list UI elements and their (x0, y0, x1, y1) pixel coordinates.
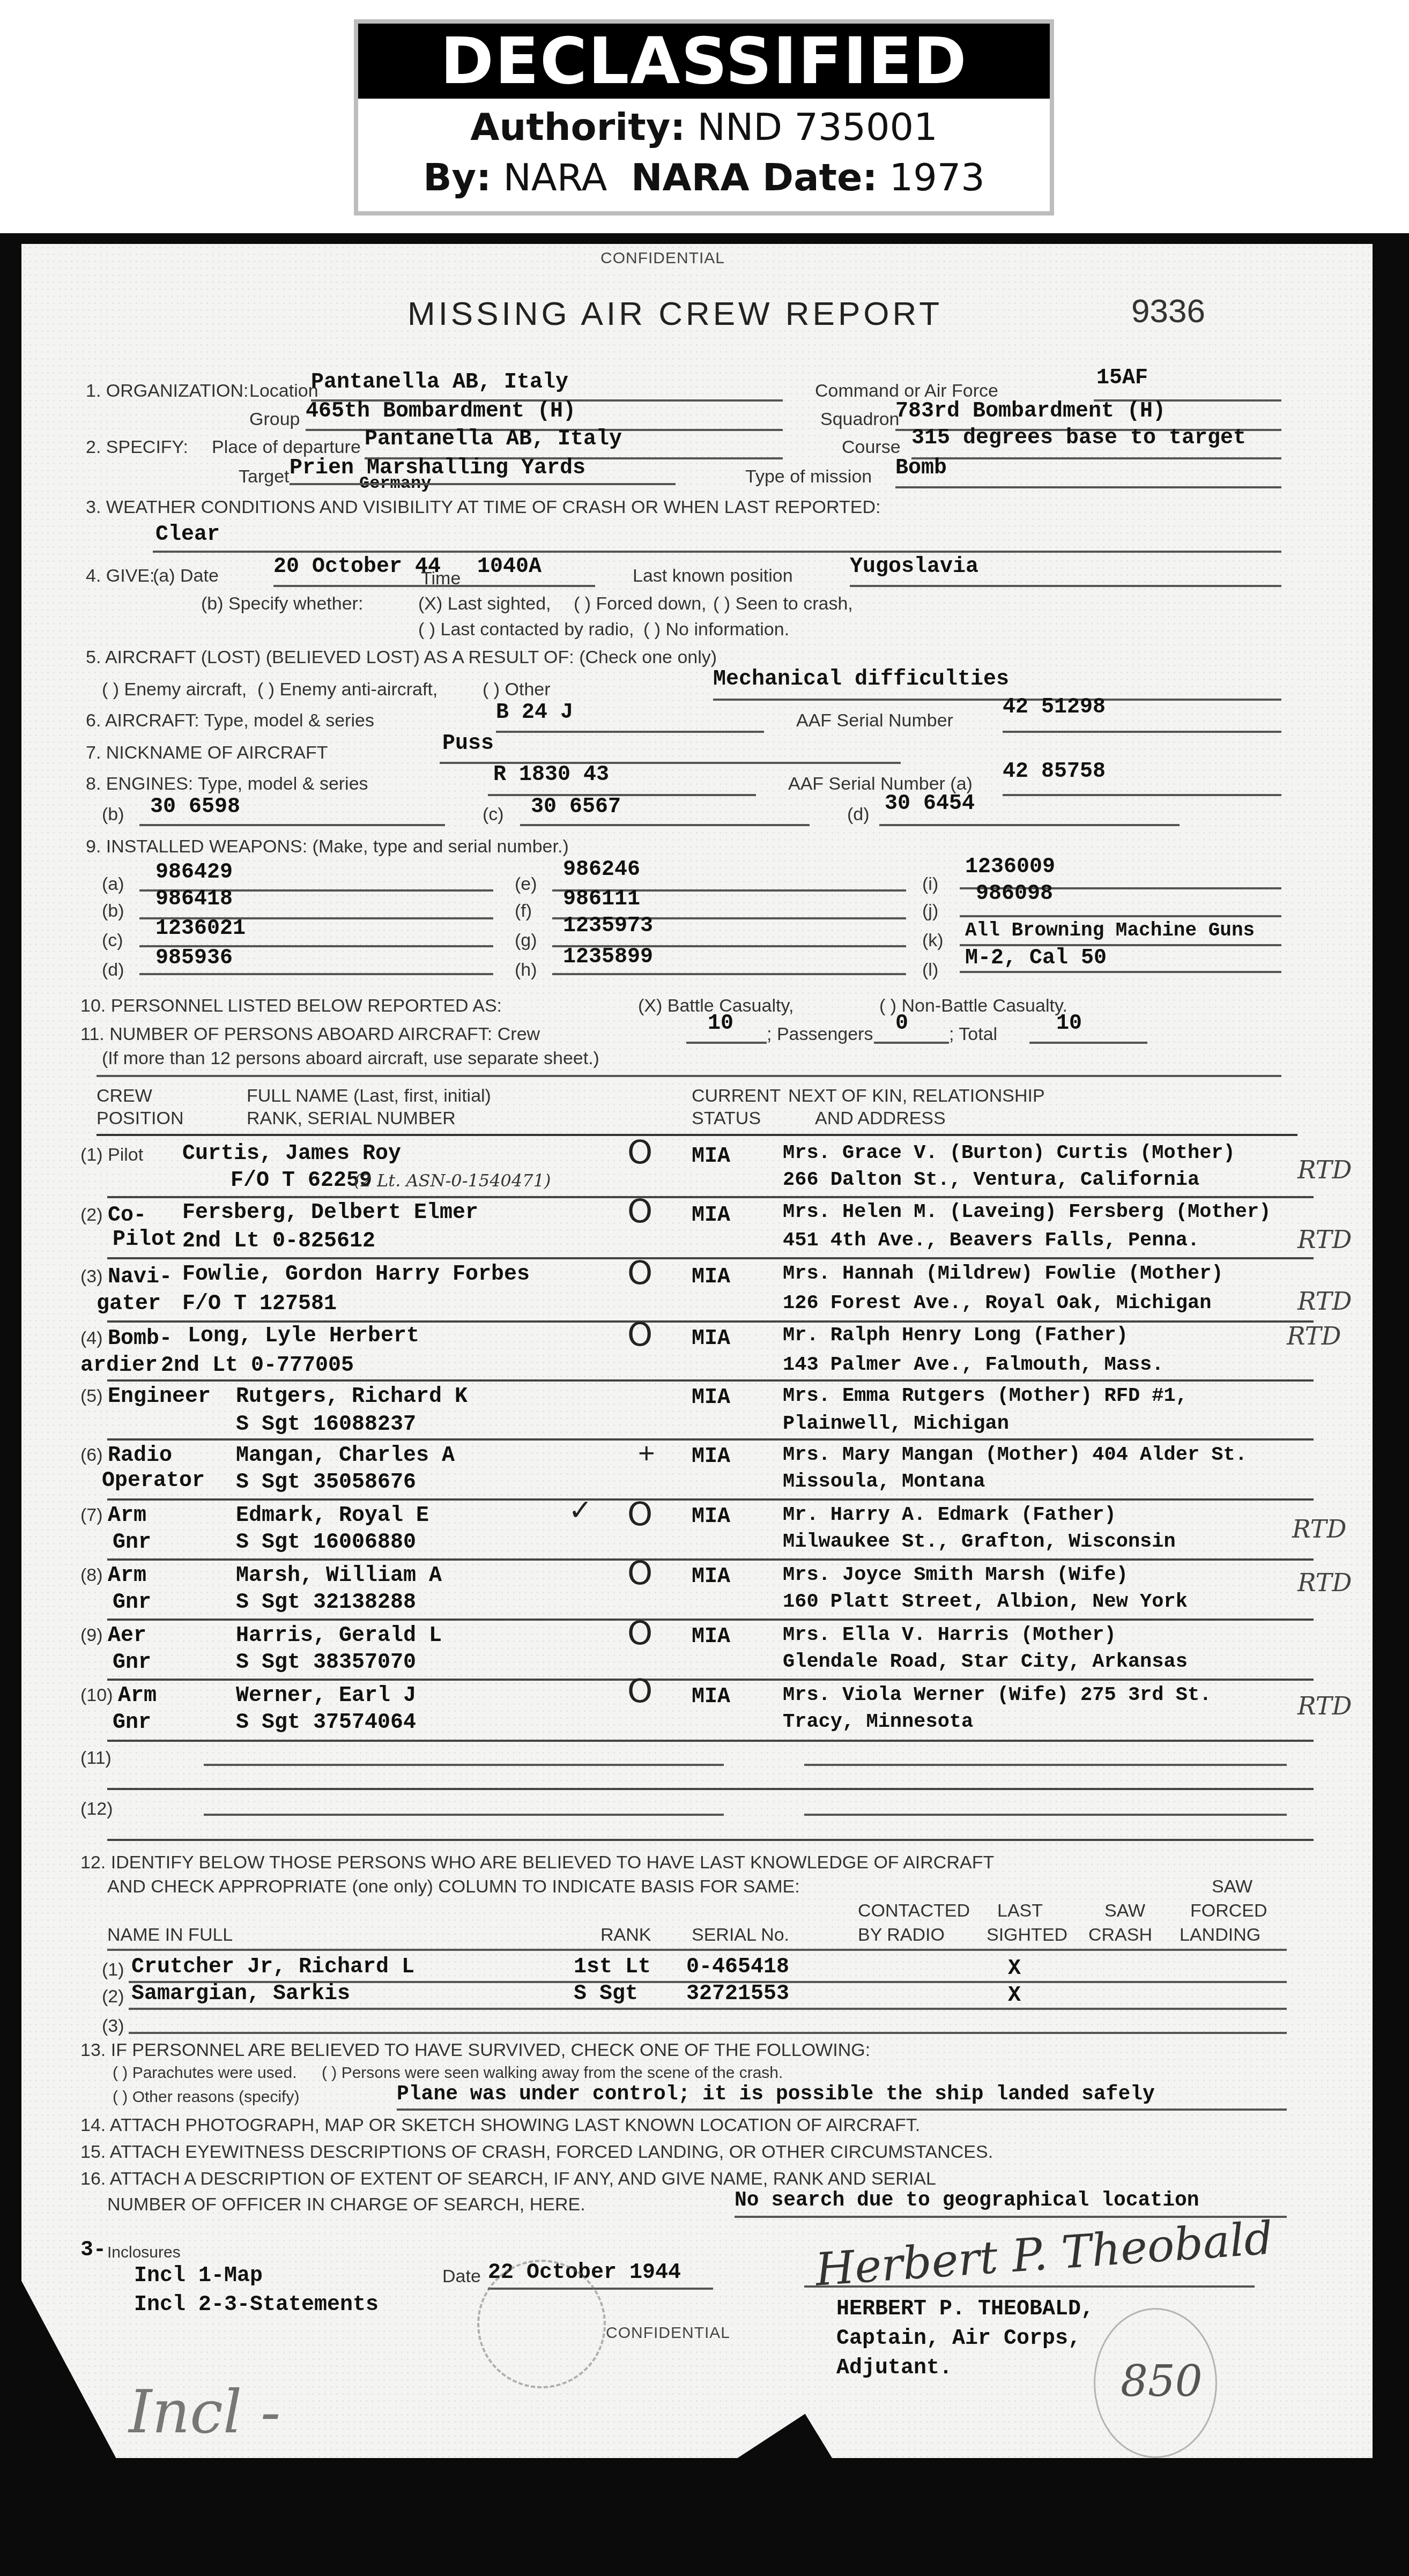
margin-handwriting: Incl - (129, 2378, 280, 2446)
weapon-key: (c) (102, 930, 123, 951)
option-forced-down: ( ) Forced down, (574, 593, 707, 614)
rtd-mark: RTD (1292, 1515, 1346, 1543)
section-4-label: 4. GIVE: (86, 566, 155, 587)
crew-next-of-kin: Mrs. Helen M. (Laveing) Fersberg (Mother… (783, 1201, 1271, 1223)
crew-handwritten-note: (2 Lt. ASN-0-1540471) (354, 1170, 551, 1191)
target-label: Target (239, 466, 290, 487)
passengers-count: 0 (895, 1012, 908, 1036)
total-label: ; Total (949, 1024, 997, 1045)
witness-number: (2) (102, 1986, 124, 2007)
crew-row: (1) Pilot (80, 1145, 143, 1165)
header-rank: RANK (600, 1925, 651, 1946)
crew-number: (2) (80, 1205, 103, 1225)
stamp-title: DECLASSIFIED (358, 24, 1050, 99)
departure-label: Place of departure (212, 437, 361, 458)
crew-next-of-kin: Mrs. Mary Mangan (Mother) 404 Alder St. (783, 1444, 1247, 1466)
header-last: LAST (997, 1901, 1043, 1921)
rtd-mark: RTD (1297, 1568, 1352, 1597)
crew-row: (9) Aer (80, 1624, 146, 1648)
header-sighted: SIGHTED (987, 1925, 1067, 1946)
crew-position-cont: ardier (80, 1354, 158, 1378)
weapon-serial: 985936 (155, 946, 233, 970)
option-seen-to-crash: ( ) Seen to crash, (713, 593, 853, 614)
mission-label: Type of mission (745, 466, 872, 487)
witness-number: (1) (102, 1959, 124, 1980)
weapon-description: M-2, Cal 50 (965, 946, 1107, 970)
witness-serial: 32721553 (686, 1982, 789, 2006)
crew-address: 160 Platt Street, Albion, New York (783, 1591, 1188, 1613)
crew-name: Mangan, Charles A (236, 1444, 455, 1468)
handwritten-circle-mark: O (627, 1673, 652, 1710)
crew-rank-serial: S Sgt 16006880 (236, 1531, 416, 1555)
squadron-label: Squadron (820, 409, 899, 430)
crew-row: (5) Engineer (80, 1385, 211, 1409)
section-8-label: 8. ENGINES: Type, model & series (86, 774, 368, 795)
crew-name: Curtis, James Roy (182, 1142, 401, 1166)
crew-row-empty: (12) (80, 1799, 113, 1820)
crew-status: MIA (692, 1625, 730, 1649)
crew-position: Arm (108, 1504, 146, 1528)
handwritten-circle-mark: O (627, 1555, 652, 1592)
weapon-key: (d) (102, 960, 124, 981)
course-label: Course (842, 437, 901, 458)
postmark-stamp (477, 2260, 606, 2388)
section-7-label: 7. NICKNAME OF AIRCRAFT (86, 743, 328, 763)
crew-address: Tracy, Minnesota (783, 1711, 973, 1733)
option-walking-away: ( ) Persons were seen walking away from … (322, 2064, 783, 2082)
rtd-mark: RTD (1297, 1691, 1352, 1720)
section-14-label: 14. ATTACH PHOTOGRAPH, MAP OR SKETCH SHO… (80, 2115, 920, 2136)
handwritten-circle-mark: O (627, 1254, 652, 1292)
weapon-key: (g) (515, 930, 537, 951)
crew-next-of-kin: Mrs. Hannah (Mildrew) Fowlie (Mother) (783, 1263, 1223, 1285)
crew-position-cont: Gnr (113, 1591, 151, 1615)
crew-rank-serial: S Sgt 16088237 (236, 1413, 416, 1437)
witness-last-sighted-check: X (1008, 1957, 1021, 1981)
crew-number: (5) (80, 1386, 103, 1406)
crew-status: MIA (692, 1505, 730, 1529)
header-crew: CREW (97, 1086, 152, 1107)
crew-next-of-kin: Mrs. Grace V. (Burton) Curtis (Mother) (783, 1142, 1235, 1164)
loss-cause-value: Mechanical difficulties (713, 667, 1009, 692)
section-11-note: (If more than 12 persons aboard aircraft… (102, 1048, 599, 1069)
weapon-key: (k) (922, 930, 944, 951)
header-rank-serial: RANK, SERIAL NUMBER (247, 1108, 456, 1129)
weapon-serial: 986429 (155, 860, 233, 885)
crew-status: MIA (692, 1265, 730, 1289)
header-serial: SERIAL No. (692, 1925, 789, 1946)
crew-number: (1) (80, 1145, 103, 1165)
aircraft-serial-label: AAF Serial Number (796, 710, 953, 731)
nickname-value: Puss (442, 732, 494, 756)
section-16-label-cont: NUMBER OF OFFICER IN CHARGE OF SEARCH, H… (107, 2194, 585, 2215)
location-value: Pantanella AB, Italy (311, 370, 568, 395)
weapon-key: (h) (515, 960, 537, 981)
section-5-label: 5. AIRCRAFT (LOST) (BELIEVED LOST) AS A … (86, 647, 717, 668)
witness-number-empty: (3) (102, 2016, 124, 2037)
course-value: 315 degrees base to target (911, 426, 1246, 450)
aircraft-serial-value: 42 51298 (1003, 695, 1106, 719)
weapon-description: All Browning Machine Guns (965, 919, 1255, 941)
crew-row-empty: (11) (80, 1748, 112, 1769)
crew-address: Milwaukee St., Grafton, Wisconsin (783, 1531, 1176, 1553)
signer-rank: Captain, Air Corps, (836, 2327, 1081, 2351)
crew-name: Rutgers, Richard K (236, 1385, 468, 1409)
inclosure-2: Incl 2-3-Statements (134, 2293, 379, 2317)
aircraft-type-value: B 24 J (496, 701, 573, 725)
crew-name: Edmark, Royal E (236, 1504, 429, 1528)
option-last-sighted: (X) Last sighted, (418, 593, 551, 614)
crew-next-of-kin: Mrs. Joyce Smith Marsh (Wife) (783, 1564, 1128, 1586)
target-value: Prien Marshalling Yards (290, 456, 585, 480)
crew-rank-serial: F/O T 127581 (182, 1292, 337, 1316)
location-label: Location (249, 381, 318, 402)
specify-label: (b) Specify whether: (201, 593, 363, 614)
group-label: Group (249, 409, 300, 430)
crew-status: MIA (692, 1145, 730, 1169)
other-reasons-value: Plane was under control; it is possible … (397, 2083, 1155, 2106)
crew-rank-serial: F/O T 62259 (231, 1169, 372, 1193)
crew-position-cont: Gnr (113, 1651, 151, 1675)
crew-status: MIA (692, 1204, 730, 1228)
weapon-serial: 986098 (976, 882, 1053, 906)
crew-rank-serial: S Sgt 37574064 (236, 1711, 416, 1735)
report-number: 9336 (1131, 292, 1205, 330)
crew-position-cont: gater (97, 1292, 161, 1316)
header-by-radio: BY RADIO (858, 1925, 945, 1946)
crew-address: 126 Forest Ave., Royal Oak, Michigan (783, 1292, 1211, 1315)
crew-status: MIA (692, 1386, 730, 1410)
footer-date-label: Date (442, 2266, 481, 2287)
handwritten-cross-mark: + (638, 1437, 655, 1470)
header-saw-forced: SAW (1212, 1876, 1252, 1897)
position-value: Yugoslavia (850, 555, 978, 579)
crew-row: (4) Bomb- (80, 1327, 172, 1351)
position-label: Last known position (633, 566, 793, 587)
crew-address: Missoula, Montana (783, 1471, 985, 1493)
crew-next-of-kin: Mrs. Viola Werner (Wife) 275 3rd St. (783, 1684, 1211, 1706)
option-parachutes: ( ) Parachutes were used. (113, 2064, 297, 2082)
header-address: AND ADDRESS (815, 1108, 946, 1129)
crew-next-of-kin: Mrs. Ella V. Harris (Mother) (783, 1624, 1116, 1646)
engine-type-value: R 1830 43 (493, 763, 609, 787)
section-12-label: 12. IDENTIFY BELOW THOSE PERSONS WHO ARE… (80, 1852, 994, 1873)
classification-bottom: CONFIDENTIAL (606, 2324, 730, 2342)
weapon-key: (j) (922, 901, 938, 922)
weapon-serial: 986418 (155, 887, 233, 911)
inclosures-count: 3- (80, 2238, 106, 2262)
signer-name: HERBERT P. THEOBALD, (836, 2297, 1094, 2321)
inclosure-1: Incl 1-Map (134, 2264, 263, 2288)
section-9-label: 9. INSTALLED WEAPONS: (Make, type and se… (86, 836, 569, 857)
stamp-authority: Authority: NND 735001 (358, 105, 1050, 149)
crew-position: Bomb- (108, 1327, 172, 1351)
date-label: (a) Date (153, 566, 219, 587)
engine-serial-a: 42 85758 (1003, 760, 1106, 784)
weapon-serial: 986246 (563, 858, 640, 882)
option-no-information: ( ) No information. (643, 619, 789, 640)
engine-serial-d: 30 6454 (885, 792, 975, 816)
engine-c-label: (c) (483, 804, 504, 825)
crew-rank-serial: S Sgt 32138288 (236, 1591, 416, 1615)
header-next-of-kin: NEXT OF KIN, RELATIONSHIP (788, 1086, 1045, 1107)
crew-position: Arm (118, 1684, 157, 1708)
header-saw: SAW (1104, 1901, 1145, 1921)
weather-value: Clear (155, 523, 220, 547)
weapon-key: (a) (102, 874, 124, 895)
handwritten-circle-mark: O (627, 1615, 652, 1652)
squadron-value: 783rd Bombardment (H) (895, 399, 1166, 424)
mission-value: Bomb (895, 456, 947, 480)
crew-row: (6) Radio (80, 1444, 172, 1468)
header-name-in-full: NAME IN FULL (107, 1925, 233, 1946)
handwritten-circle-mark: O (627, 1193, 652, 1230)
crew-position: Engineer (108, 1385, 211, 1409)
crew-name: Marsh, William A (236, 1564, 442, 1588)
crew-status: MIA (692, 1565, 730, 1589)
search-description-value: No search due to geographical location (735, 2189, 1199, 2212)
crew-position: Aer (108, 1624, 146, 1648)
crew-address: 451 4th Ave., Beavers Falls, Penna. (783, 1229, 1199, 1252)
crew-status: MIA (692, 1445, 730, 1469)
option-enemy-antiaircraft: ( ) Enemy anti-aircraft, (257, 679, 437, 700)
crew-position-cont: Operator (102, 1469, 205, 1493)
crew-number: (4) (80, 1328, 103, 1348)
crew-number: (8) (80, 1565, 103, 1585)
total-count: 10 (1056, 1012, 1082, 1036)
crew-address: 266 Dalton St., Ventura, California (783, 1169, 1199, 1191)
crew-number: (10) (80, 1685, 113, 1705)
section-13-label: 13. IF PERSONNEL ARE BELIEVED TO HAVE SU… (80, 2040, 870, 2061)
crew-number: (3) (80, 1266, 103, 1287)
crew-rank-serial: 2nd Lt 0-825612 (182, 1229, 375, 1253)
crew-name: Werner, Earl J (236, 1684, 416, 1708)
section-1-label: 1. ORGANIZATION: (86, 381, 249, 402)
option-other-reasons: ( ) Other reasons (specify) (113, 2088, 299, 2106)
engine-d-label: (d) (847, 804, 870, 825)
header-forced: FORCED (1190, 1901, 1267, 1921)
crew-position: Pilot (108, 1145, 143, 1165)
date-value: 20 October 44 (273, 555, 441, 579)
crew-row: (7) Arm (80, 1504, 146, 1528)
witness-rank: 1st Lt (574, 1955, 651, 1979)
rtd-mark: RTD (1297, 1225, 1352, 1254)
rtd-mark: RTD (1297, 1287, 1352, 1316)
crew-name: Fowlie, Gordon Harry Forbes (182, 1263, 530, 1287)
header-position: POSITION (97, 1108, 183, 1129)
crew-count: 10 (708, 1012, 733, 1036)
missing-air-crew-report-page: CONFIDENTIAL MISSING AIR CREW REPORT 933… (21, 244, 1373, 2458)
crew-rank-serial: S Sgt 38357070 (236, 1651, 416, 1675)
crew-address: Glendale Road, Star City, Arkansas (783, 1651, 1188, 1673)
header-contacted: CONTACTED (858, 1901, 970, 1921)
crew-address: 143 Palmer Ave., Falmouth, Mass. (783, 1354, 1164, 1376)
section-12-label-cont: AND CHECK APPROPRIATE (one only) COLUMN … (107, 1876, 800, 1897)
witness-serial: 0-465418 (686, 1955, 789, 1979)
weapon-key: (l) (922, 960, 938, 981)
handwritten-circle-mark: O (627, 1496, 652, 1533)
rtd-mark: RTD (1287, 1322, 1341, 1350)
crew-rank-serial: 2nd Lt 0-777005 (161, 1354, 354, 1378)
crew-next-of-kin: Mr. Harry A. Edmark (Father) (783, 1504, 1116, 1526)
section-15-label: 15. ATTACH EYEWITNESS DESCRIPTIONS OF CR… (80, 2142, 993, 2163)
header-current: CURRENT (692, 1086, 781, 1107)
passengers-label: ; Passengers (767, 1024, 873, 1045)
crew-number: (9) (80, 1625, 103, 1645)
classification-top: CONFIDENTIAL (600, 249, 725, 268)
group-value: 465th Bombardment (H) (306, 399, 576, 424)
weapon-key: (e) (515, 874, 537, 895)
handwritten-number: 850 (1121, 2356, 1203, 2406)
crew-row: (10) Arm (80, 1684, 157, 1708)
witness-name: Crutcher Jr, Richard L (131, 1955, 414, 1979)
witness-rank: S Sgt (574, 1982, 638, 2006)
crew-position: Navi- (108, 1265, 172, 1289)
section-16-label: 16. ATTACH A DESCRIPTION OF EXTENT OF SE… (80, 2169, 936, 2189)
departure-value: Pantanella AB, Italy (365, 427, 622, 451)
handwritten-circle-mark: O (627, 1134, 652, 1171)
crew-position: Co- (108, 1204, 146, 1228)
weapon-serial: 1236009 (965, 855, 1055, 879)
declassification-stamp: DECLASSIFIED Authority: NND 735001 By: N… (354, 19, 1054, 216)
weapon-key: (f) (515, 901, 532, 922)
section-3-label: 3. WEATHER CONDITIONS AND VISIBILITY AT … (86, 497, 880, 518)
crew-position-cont: Pilot (113, 1228, 177, 1252)
weapon-serial: 1235973 (563, 914, 653, 938)
handwritten-checkmark: ✓ (568, 1493, 592, 1527)
crew-number: (7) (80, 1505, 103, 1525)
crew-row: (8) Arm (80, 1564, 146, 1588)
officer-signature: Herbert P. Theobald (814, 2211, 1275, 2296)
crew-position: Arm (108, 1564, 146, 1588)
crew-row: (2) Co- (80, 1204, 146, 1228)
section-6-label: 6. AIRCRAFT: Type, model & series (86, 710, 374, 731)
crew-position-cont: Gnr (113, 1531, 151, 1555)
option-enemy-aircraft: ( ) Enemy aircraft, (102, 679, 247, 700)
crew-name: Fersberg, Delbert Elmer (182, 1201, 478, 1225)
command-value: 15AF (1096, 366, 1148, 390)
crew-status: MIA (692, 1327, 730, 1351)
weapon-key: (b) (102, 901, 124, 922)
crew-status: MIA (692, 1685, 730, 1709)
section-2-label: 2. SPECIFY: (86, 437, 188, 458)
weapon-serial: 986111 (563, 887, 640, 911)
crew-next-of-kin: Mr. Ralph Henry Long (Father) (783, 1324, 1128, 1347)
section-11-label: 11. NUMBER OF PERSONS ABOARD AIRCRAFT: C… (80, 1024, 540, 1045)
command-label: Command or Air Force (815, 381, 998, 402)
signer-title: Adjutant. (836, 2356, 952, 2380)
witness-name: Samargian, Sarkis (131, 1982, 350, 2006)
stamp-by-date: By: NARA NARA Date: 1973 (358, 155, 1050, 199)
header-full-name: FULL NAME (Last, first, initial) (247, 1086, 491, 1107)
crew-number: (6) (80, 1445, 103, 1465)
crew-position: Radio (108, 1444, 172, 1468)
engine-serial-b: 30 6598 (150, 795, 240, 819)
option-last-contacted: ( ) Last contacted by radio, (418, 619, 634, 640)
witness-last-sighted-check: X (1008, 1984, 1021, 2008)
inclosures-label: Inclosures (107, 2244, 181, 2262)
crew-rank-serial: S Sgt 35058676 (236, 1471, 416, 1495)
section-10-label: 10. PERSONNEL LISTED BELOW REPORTED AS: (80, 996, 502, 1016)
rtd-mark: RTD (1297, 1155, 1352, 1184)
crew-position-cont: Gnr (113, 1711, 151, 1735)
weapon-serial: 1236021 (155, 917, 246, 941)
handwritten-circle-mark: O (627, 1316, 652, 1354)
header-landing: LANDING (1180, 1925, 1260, 1946)
report-title: MISSING AIR CREW REPORT (407, 295, 943, 333)
engine-b-label: (b) (102, 804, 124, 825)
header-crash: CRASH (1088, 1925, 1152, 1946)
weapon-key: (i) (922, 874, 938, 895)
crew-name: Long, Lyle Herbert (188, 1324, 419, 1348)
weapon-serial: 1235899 (563, 945, 653, 969)
crew-next-of-kin: Mrs. Emma Rutgers (Mother) RFD #1, (783, 1385, 1188, 1407)
header-status: STATUS (692, 1108, 761, 1129)
option-other: ( ) Other (483, 679, 551, 700)
time-value: 1040A (477, 555, 542, 579)
crew-row: (3) Navi- (80, 1265, 172, 1289)
engine-serial-c: 30 6567 (531, 795, 621, 819)
crew-name: Harris, Gerald L (236, 1624, 442, 1648)
crew-address: Plainwell, Michigan (783, 1413, 1009, 1435)
